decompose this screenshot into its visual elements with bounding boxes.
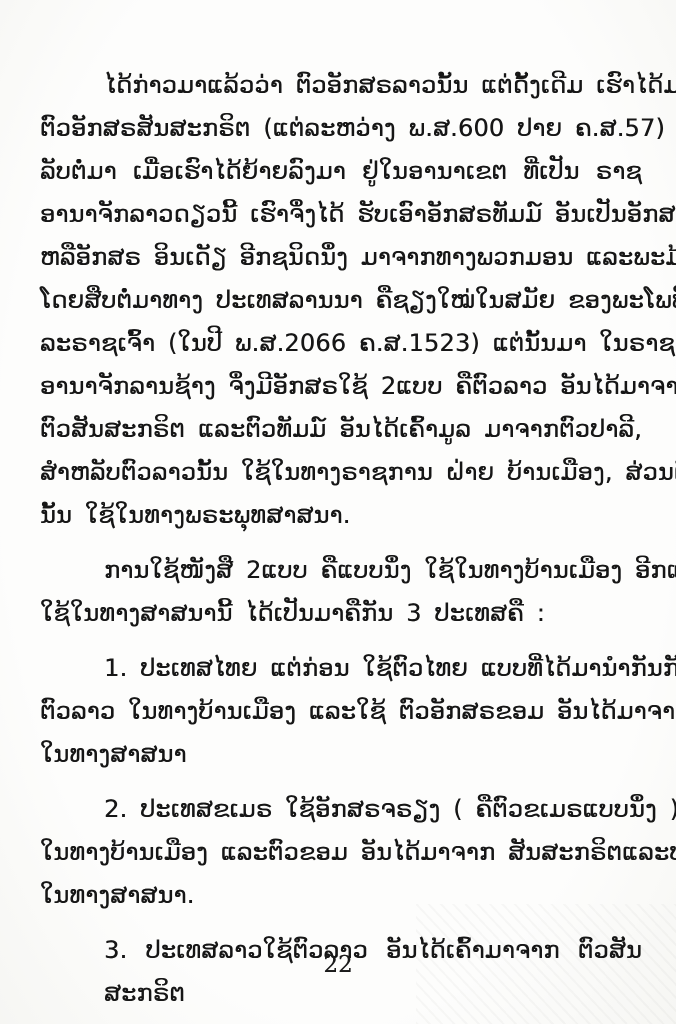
text-line: ໃຊ້ໃນທາງສາສນານີ້ ໄດ້ເປັນມາຄືກັນ 3 ປະເທສຄ… bbox=[40, 592, 642, 635]
text-line: ຕົວອັກສຣສັນສະກຣິຕ (ແຕ່ລະຫວ່າງ ພ.ສ.600 ປາ… bbox=[40, 107, 642, 150]
text-line: ຕົວລາວ ໃນທາງບ້ານເມືອງ ແລະໃຊ້ ຕົວອັກສຣຂອມ… bbox=[40, 690, 642, 733]
text-line: ຫລືອັກສຣ ອິນເດັຽ ອີກຊນິດນຶ່ງ ມາຈາກທາງພວກ… bbox=[40, 236, 642, 279]
text-line: ອານາຈັກລາວດຽວນີ້ ເຮົາຈຶ່ງໄດ້ ຮັບເອົາອັກສ… bbox=[40, 193, 642, 236]
text-line: ສຳຫລັບຕົວລາວນັ້ນ ໃຊ້ໃນທາງຣາຊການ ຝ່າຍ ບ້າ… bbox=[40, 451, 642, 494]
text-line: ການໃຊ້ໜັງສື 2ແບບ ຄືແບບນຶ່ງ ໃຊ້ໃນທາງບ້ານເ… bbox=[40, 549, 642, 592]
numbered-item: 2. ປະເທສຂເມຣ ໃຊ້ອັກສຣຈຣຽງ ( ຄືຕົວຂເມຣແບບ… bbox=[40, 788, 642, 917]
text-line: ລະຣາຊເຈົ້າ (ໃນປີ ພ.ສ.2066 ຄ.ສ.1523) ແຕ່ນ… bbox=[40, 322, 642, 365]
text-line: ໃນທາງສາສນາ bbox=[40, 733, 642, 776]
text-line: ໃນທາງສາສນາ. bbox=[40, 874, 642, 917]
numbered-item: 1. ປະເທສໄທຍ ແຕ່ກ່ອນ ໃຊ້ຕົວໄທຍ ແບບທີ່ໄດ້ມ… bbox=[40, 647, 642, 776]
paragraph: ໄດ້ກ່າວມາແລ້ວວ່າ ຕົວອັກສຣລາວນັ້ນ ແຕ່ດັ້ງ… bbox=[40, 64, 642, 537]
text-line: ນັ້ນ ໃຊ້ໃນທາງພຣະພຸທສາສນາ. bbox=[40, 494, 642, 537]
text-line: ໂດຍສືບຕໍ່ມາທາງ ປະເທສລານນາ ຄືຊຽງໃໝ່ໃນສມັຍ… bbox=[40, 279, 642, 322]
body-text: ໄດ້ກ່າວມາແລ້ວວ່າ ຕົວອັກສຣລາວນັ້ນ ແຕ່ດັ້ງ… bbox=[40, 64, 642, 1017]
page-number: 22 bbox=[0, 952, 676, 978]
text-line: ຕົວສັນສະກຣິຕ ແລະຕົວທັມມ໌ ອັນໄດ້ເຄົ້າມູລ … bbox=[40, 408, 642, 451]
text-line: 1. ປະເທສໄທຍ ແຕ່ກ່ອນ ໃຊ້ຕົວໄທຍ ແບບທີ່ໄດ້ມ… bbox=[40, 647, 642, 690]
paragraph: ການໃຊ້ໜັງສື 2ແບບ ຄືແບບນຶ່ງ ໃຊ້ໃນທາງບ້ານເ… bbox=[40, 549, 642, 635]
text-line: ອານາຈັກລານຊ້າງ ຈຶ່ງມີອັກສຣໃຊ້ 2ແບບ ຄືຕົວ… bbox=[40, 365, 642, 408]
text-line: ໃນທາງບ້ານເມືອງ ແລະຕົວຂອມ ອັນໄດ້ມາຈາກ ສັນ… bbox=[40, 831, 642, 874]
text-line: ລັບຕໍ່ມາ ເມື່ອເຮົາໄດ້ຍ້າຍລົງມາ ຢູ່ໃນອານາ… bbox=[40, 150, 642, 193]
scanned-page: ໄດ້ກ່າວມາແລ້ວວ່າ ຕົວອັກສຣລາວນັ້ນ ແຕ່ດັ້ງ… bbox=[0, 0, 676, 1024]
text-line: ໄດ້ກ່າວມາແລ້ວວ່າ ຕົວອັກສຣລາວນັ້ນ ແຕ່ດັ້ງ… bbox=[40, 64, 642, 107]
text-line: 2. ປະເທສຂເມຣ ໃຊ້ອັກສຣຈຣຽງ ( ຄືຕົວຂເມຣແບບ… bbox=[40, 788, 642, 831]
